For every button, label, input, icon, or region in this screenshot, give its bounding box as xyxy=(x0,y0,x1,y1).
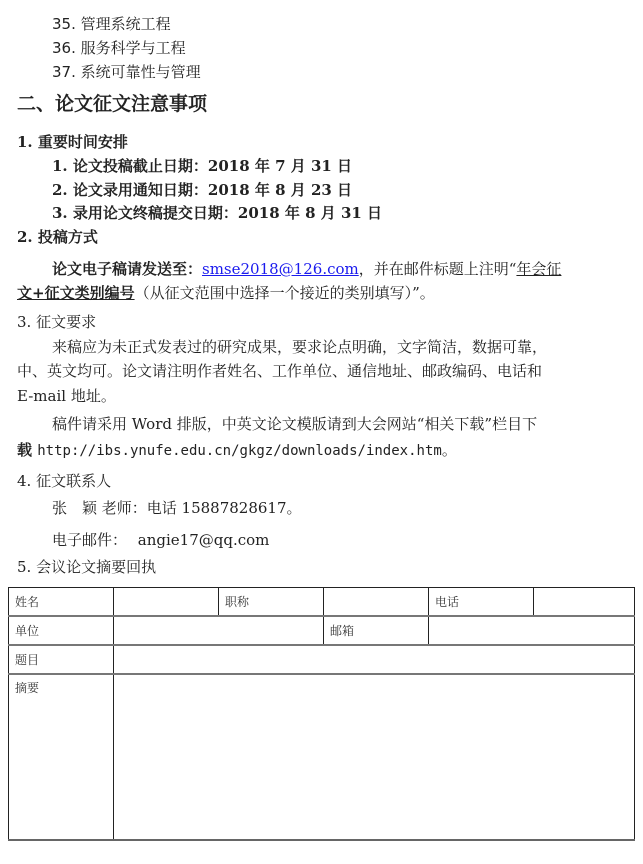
contact-heading: 4. 征文联系人 xyxy=(17,470,111,492)
topic-field[interactable] xyxy=(114,645,635,674)
mailbox-field[interactable] xyxy=(429,616,635,645)
abstract-field[interactable] xyxy=(114,674,635,840)
submission-email-link[interactable]: smse2018@126.com xyxy=(202,260,359,278)
submission-text-after: （从征文范围中选择一个接近的类别填写）”。 xyxy=(135,284,435,302)
schedule-item-deadline: 1. 论文投稿截止日期：2018 年 7 月 31 日 xyxy=(52,155,352,177)
subject-format-part1: 年会征 xyxy=(516,260,561,278)
phone-label: 电话 xyxy=(429,588,534,617)
contact-email-line: 电子邮件： angie17@qq.com xyxy=(52,529,269,551)
contact-email[interactable]: angie17@qq.com xyxy=(138,531,270,549)
job-title-field[interactable] xyxy=(324,588,429,617)
schedule-item-final: 3. 录用论文终稿提交日期：2018 年 8 月 31 日 xyxy=(52,202,382,224)
topic-item-35: 35. 管理系统工程 xyxy=(52,13,171,35)
form-row-topic: 题目 xyxy=(9,645,635,674)
download-url[interactable]: http://ibs.ynufe.edu.cn/gkgz/downloads/i… xyxy=(37,443,442,459)
submission-line-2: 文+征文类别编号（从征文范围中选择一个接近的类别填写）”。 xyxy=(17,282,435,304)
download-prefix: 载 xyxy=(17,441,37,459)
subject-format-part2: 文+征文类别编号 xyxy=(17,284,135,302)
name-label: 姓名 xyxy=(9,588,114,617)
schedule-heading: 1. 重要时间安排 xyxy=(17,131,128,153)
job-title-label: 职称 xyxy=(219,588,324,617)
requirements-para2-line1: 稿件请采用 Word 排版，中英文论文模版请到大会网站“相关下载”栏目下 xyxy=(52,413,537,435)
submission-text-mid: ，并在邮件标题上注明“ xyxy=(359,260,517,278)
requirements-para1-line1: 来稿应为未正式发表过的研究成果，要求论点明确，文字简洁，数据可靠， xyxy=(52,336,547,358)
abstract-label: 摘要 xyxy=(9,674,114,840)
requirements-para1-line2: 中、英文均可。论文请注明作者姓名、工作单位、通信地址、邮政编码、电话和 xyxy=(17,360,542,382)
form-row-abstract: 摘要 xyxy=(9,674,635,840)
topic-item-37: 37. 系统可靠性与管理 xyxy=(52,61,201,83)
requirements-para1-line3: E-mail 地址。 xyxy=(17,385,116,407)
unit-field[interactable] xyxy=(114,616,324,645)
phone-field[interactable] xyxy=(534,588,635,617)
unit-label: 单位 xyxy=(9,616,114,645)
section-title: 二、论文征文注意事项 xyxy=(17,93,207,115)
download-suffix: 。 xyxy=(442,441,457,459)
form-row-unit: 单位 邮箱 xyxy=(9,616,635,645)
requirements-heading: 3. 征文要求 xyxy=(17,311,96,333)
topic-item-36: 36. 服务科学与工程 xyxy=(52,37,186,59)
contact-email-label: 电子邮件： xyxy=(52,531,127,549)
submission-heading: 2. 投稿方式 xyxy=(17,226,98,248)
submission-text-before: 论文电子稿请发送至： xyxy=(52,260,202,278)
requirements-para2-line2: 载 http://ibs.ynufe.edu.cn/gkgz/downloads… xyxy=(17,439,457,462)
receipt-heading: 5. 会议论文摘要回执 xyxy=(17,556,156,578)
mailbox-label: 邮箱 xyxy=(324,616,429,645)
submission-line-1: 论文电子稿请发送至：smse2018@126.com，并在邮件标题上注明“年会征 xyxy=(52,258,561,280)
form-row-name: 姓名 职称 电话 xyxy=(9,588,635,617)
topic-label: 题目 xyxy=(9,645,114,674)
schedule-item-notification: 2. 论文录用通知日期：2018 年 8 月 23 日 xyxy=(52,179,352,201)
name-field[interactable] xyxy=(114,588,219,617)
abstract-receipt-form: 姓名 职称 电话 单位 邮箱 题目 摘要 xyxy=(8,587,635,841)
contact-person: 张 颖 老师：电话 15887828617。 xyxy=(52,497,302,519)
